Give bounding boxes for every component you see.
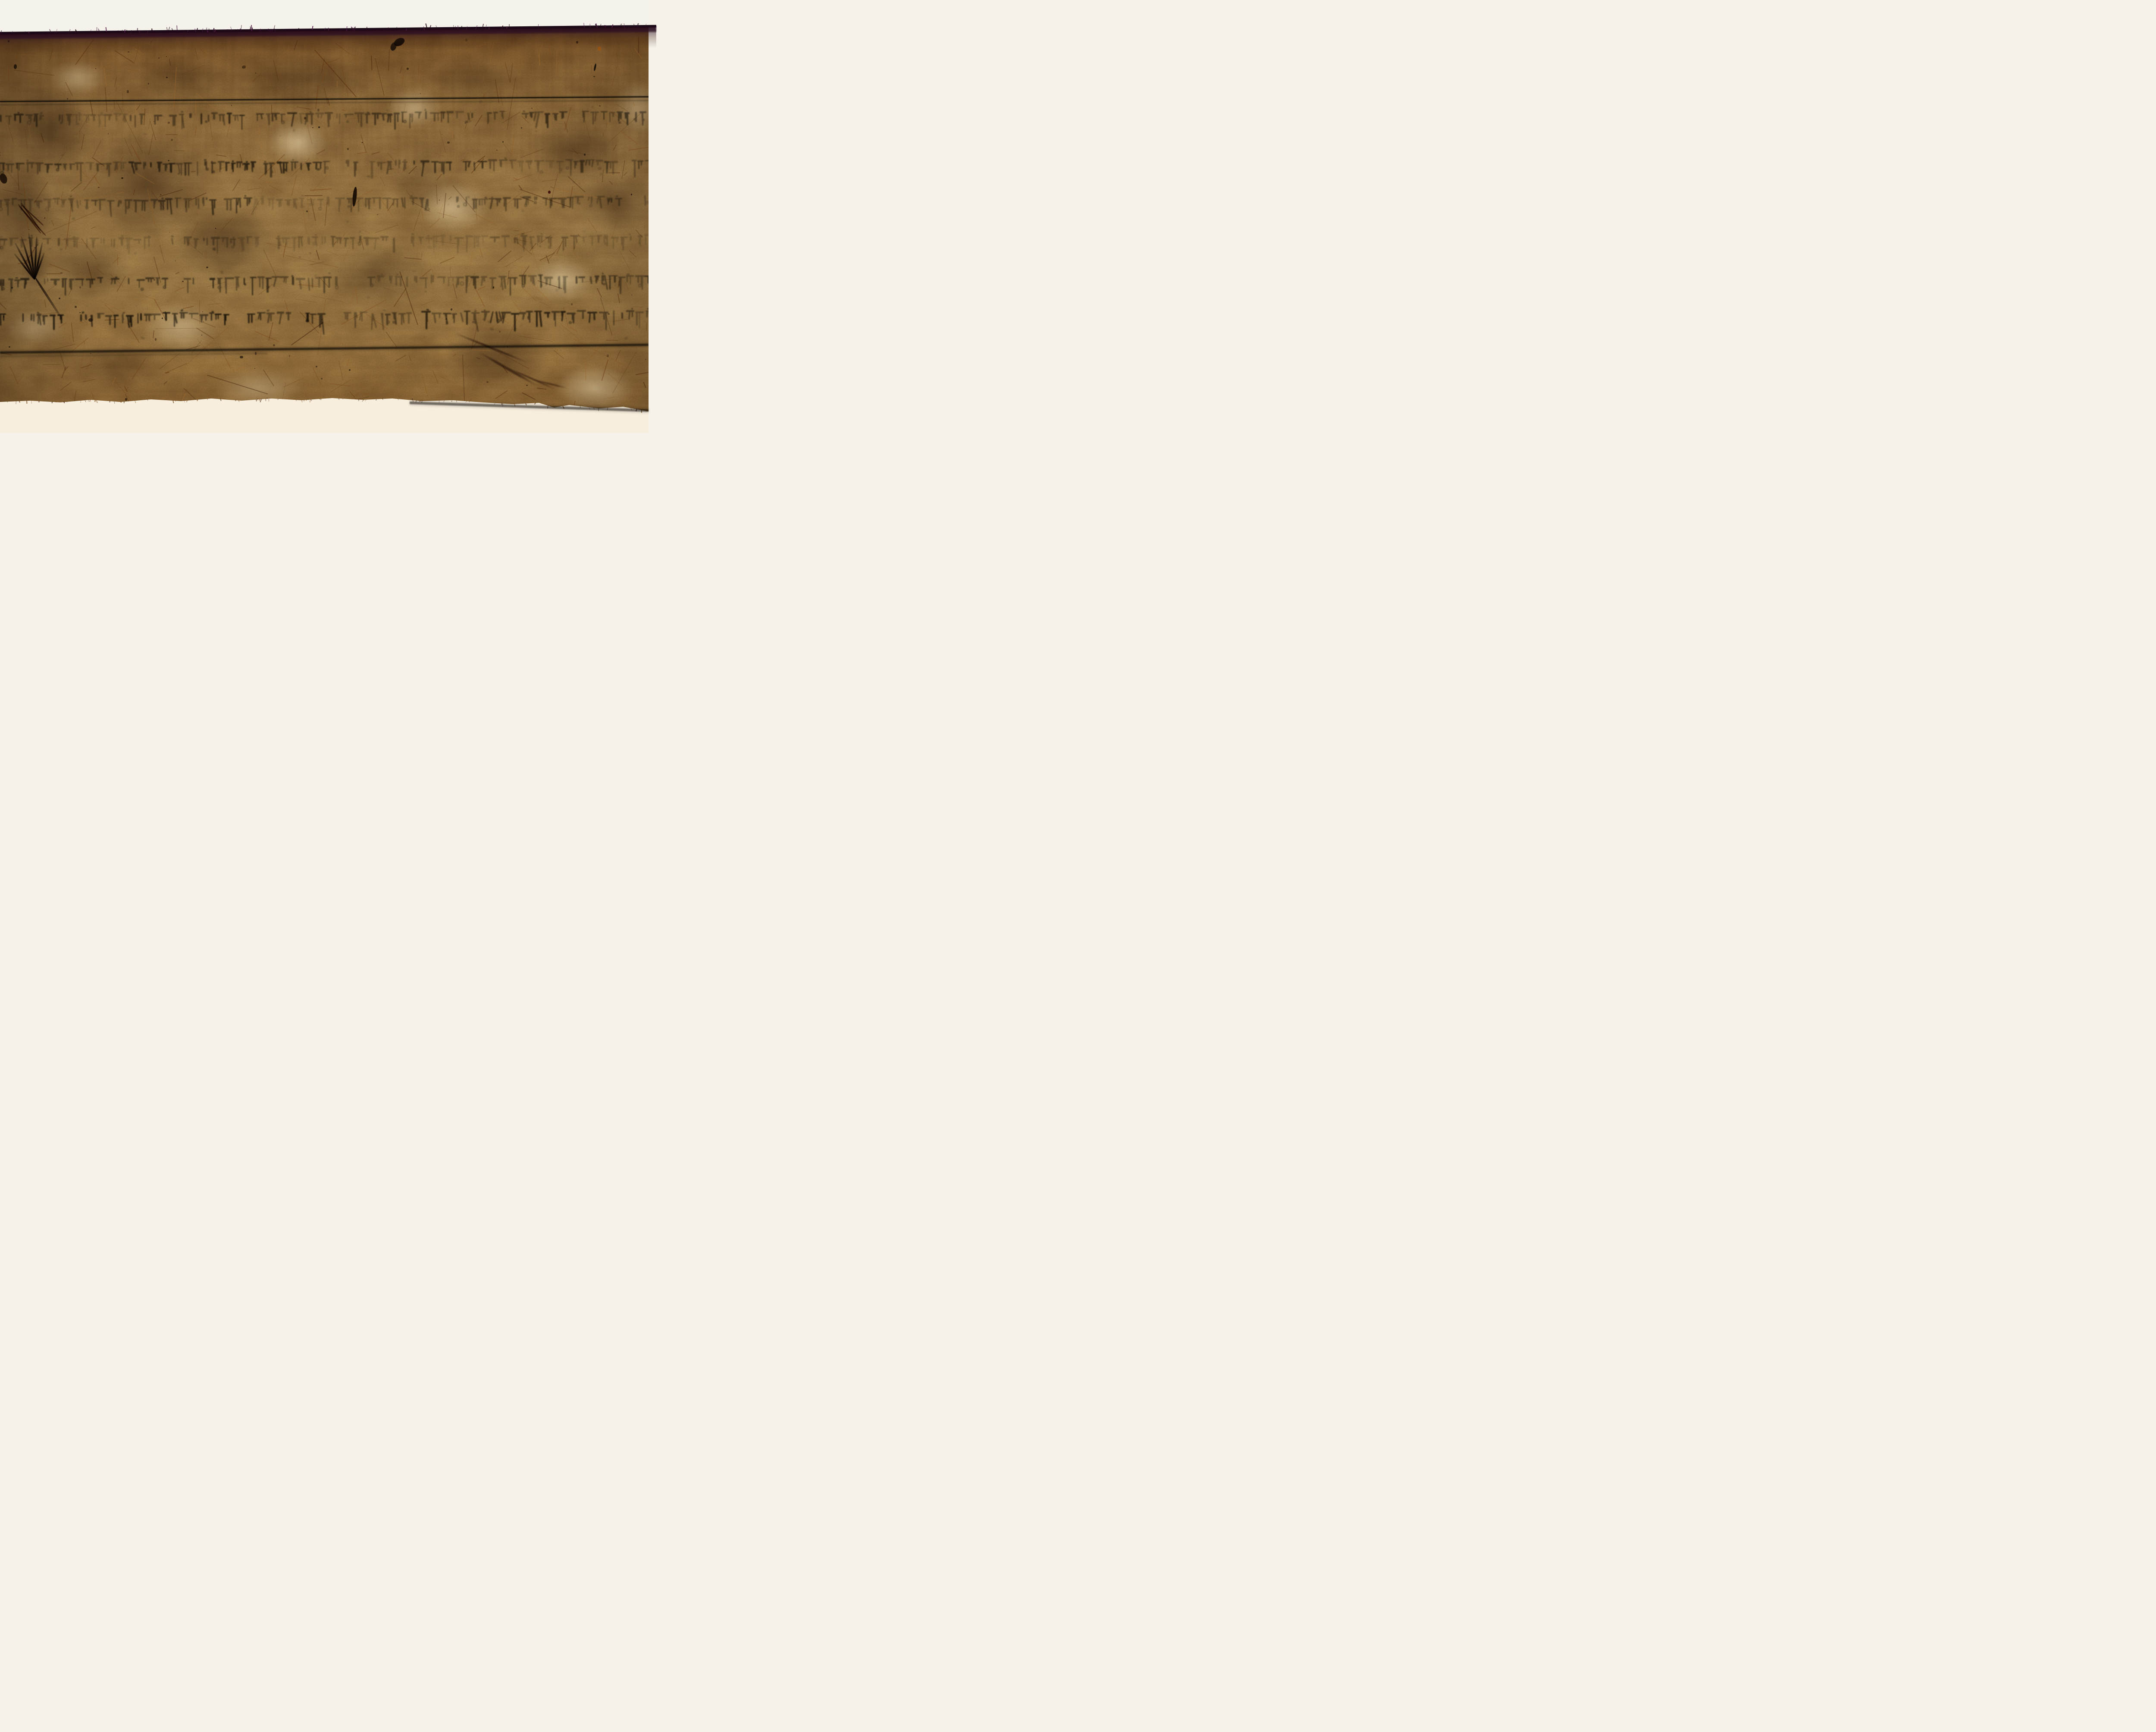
edge-fuzz-stroke — [291, 29, 292, 31]
edge-fuzz-stroke — [151, 28, 153, 32]
edge-fuzz-stroke — [277, 398, 279, 400]
edge-fuzz-stroke — [40, 31, 41, 33]
edge-fuzz-stroke — [419, 29, 420, 30]
edge-fuzz-stroke — [138, 30, 139, 33]
edge-fuzz-stroke — [376, 399, 376, 401]
edge-fuzz-stroke — [38, 401, 39, 402]
edge-fuzz-stroke — [509, 24, 510, 28]
manuscript-leaf — [0, 0, 649, 433]
edge-fuzz-stroke — [184, 400, 185, 402]
edge-fuzz-stroke — [364, 399, 364, 401]
glyph-stem — [652, 161, 653, 169]
manuscript-photo — [0, 0, 649, 433]
edge-fuzz-stroke — [328, 28, 329, 31]
edge-fuzz-stroke — [538, 24, 539, 28]
edge-fuzz-stroke — [207, 398, 208, 400]
glyph-stem — [650, 161, 652, 174]
edge-fuzz-stroke — [458, 25, 458, 28]
edge-fuzz-stroke — [237, 29, 238, 31]
edge-fuzz-stroke — [250, 26, 251, 31]
edge-fuzz-stroke — [213, 28, 214, 32]
edge-fuzz-stroke — [306, 399, 307, 401]
edge-fuzz-stroke — [266, 398, 266, 401]
edge-fuzz-stroke — [147, 399, 148, 401]
edge-fuzz-stroke — [97, 27, 97, 32]
paper-side-shading — [0, 0, 649, 433]
edge-fuzz-stroke — [407, 28, 407, 30]
edge-fuzz-stroke — [259, 399, 260, 401]
edge-fuzz-stroke — [338, 398, 338, 399]
edge-fuzz-stroke — [187, 30, 188, 32]
edge-fuzz-stroke — [67, 402, 67, 402]
edge-fuzz-stroke — [269, 398, 269, 401]
photo-viewport — [0, 0, 2156, 1440]
